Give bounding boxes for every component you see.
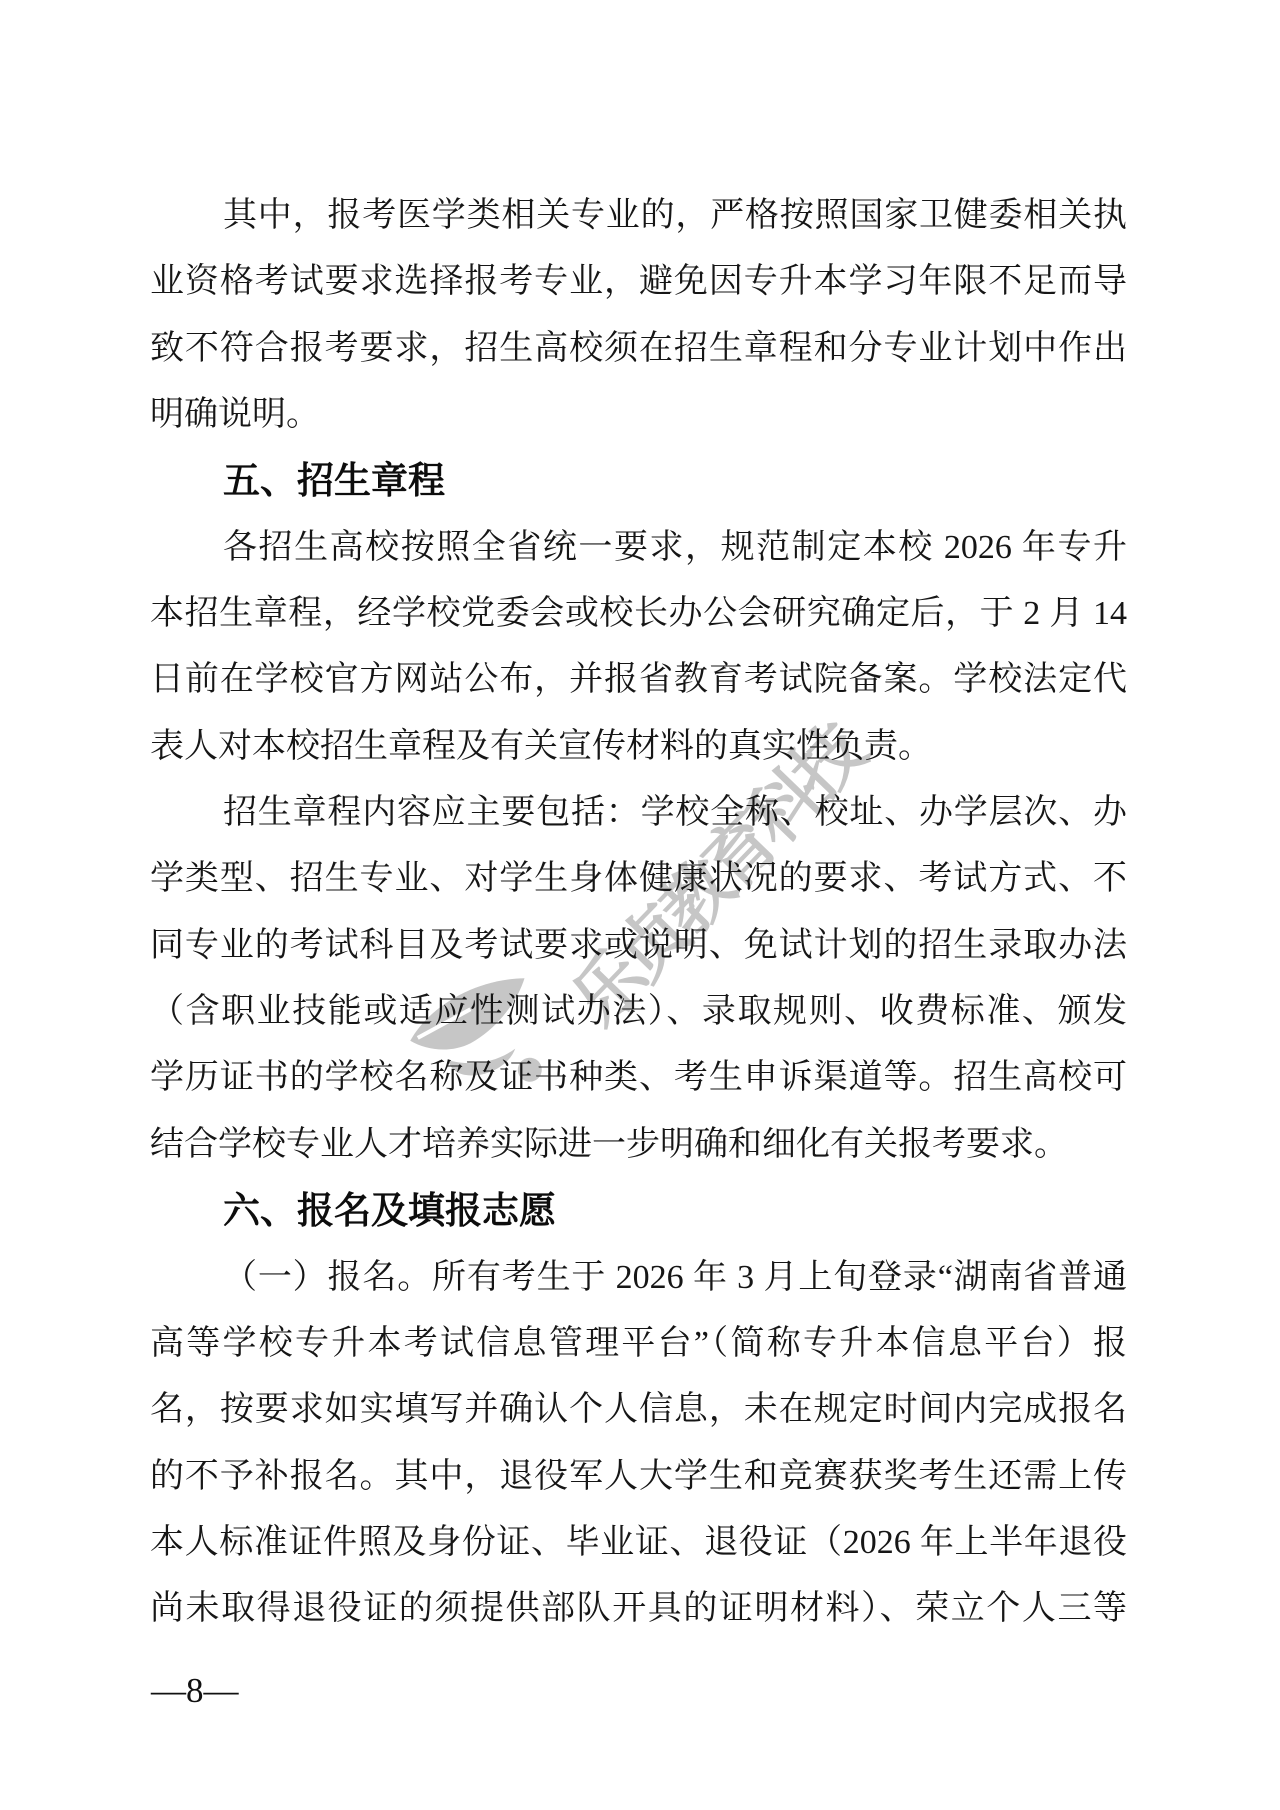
paragraph: （一）报名。所有考生于 2026 年 3 月上旬登录“湖南省普通高等学校专升本考… bbox=[150, 1245, 1127, 1643]
text-line: 日前在学校官方网站公布，并报省教育考试院备案。学校法定代 bbox=[150, 647, 1127, 713]
text-line: 本人标准证件照及身份证、毕业证、退役证（2026 年上半年退役 bbox=[150, 1510, 1127, 1576]
text-line: （含职业技能或适应性测试办法）、录取规则、收费标准、颁发 bbox=[150, 979, 1127, 1045]
text-line: 本招生章程，经学校党委会或校长办公会研究确定后，于 2 月 14 bbox=[150, 581, 1127, 647]
text-line: （一）报名。所有考生于 2026 年 3 月上旬登录“湖南省普通 bbox=[150, 1245, 1127, 1311]
paragraph: 招生章程内容应主要包括：学校全称、校址、办学层次、办学类型、招生专业、对学生身体… bbox=[150, 780, 1127, 1178]
paragraph: 其中，报考医学类相关专业的，严格按照国家卫健委相关执业资格考试要求选择报考专业，… bbox=[150, 183, 1127, 448]
text-line: 招生章程内容应主要包括：学校全称、校址、办学层次、办 bbox=[150, 780, 1127, 846]
text-line: 结合学校专业人才培养实际进一步明确和细化有关报考要求。 bbox=[150, 1112, 1127, 1178]
text-line: 的不予补报名。其中，退役军人大学生和竞赛获奖考生还需上传 bbox=[150, 1444, 1127, 1510]
text-line: 明确说明。 bbox=[150, 382, 1127, 448]
text-line: 学历证书的学校名称及证书种类、考生申诉渠道等。招生高校可 bbox=[150, 1045, 1127, 1111]
text-line: 业资格考试要求选择报考专业，避免因专升本学习年限不足而导 bbox=[150, 249, 1127, 315]
text-line: 学类型、招生专业、对学生身体健康状况的要求、考试方式、不 bbox=[150, 846, 1127, 912]
text-line: 致不符合报考要求，招生高校须在招生章程和分专业计划中作出 bbox=[150, 316, 1127, 382]
document-content: 其中，报考医学类相关专业的，严格按照国家卫健委相关执业资格考试要求选择报考专业，… bbox=[150, 183, 1127, 1643]
text-line: 各招生高校按照全省统一要求，规范制定本校 2026 年专升 bbox=[150, 515, 1127, 581]
text-line: 同专业的考试科目及考试要求或说明、免试计划的招生录取办法 bbox=[150, 913, 1127, 979]
page: { "watermark": { "text": "乐贞教育科技", "colo… bbox=[0, 0, 1280, 1810]
paragraph: 各招生高校按照全省统一要求，规范制定本校 2026 年专升本招生章程，经学校党委… bbox=[150, 515, 1127, 780]
text-line: 高等学校专升本考试信息管理平台”（简称专升本信息平台）报 bbox=[150, 1311, 1127, 1377]
text-line: 名，按要求如实填写并确认个人信息，未在规定时间内完成报名 bbox=[150, 1377, 1127, 1443]
text-line: 表人对本校招生章程及有关宣传材料的真实性负责。 bbox=[150, 714, 1127, 780]
section-heading: 六、报名及填报志愿 bbox=[150, 1178, 1127, 1244]
section-heading: 五、招生章程 bbox=[150, 448, 1127, 514]
page-number: —8— bbox=[151, 1667, 239, 1715]
text-line: 尚未取得退役证的须提供部队开具的证明材料）、荣立个人三等 bbox=[150, 1576, 1127, 1642]
text-line: 其中，报考医学类相关专业的，严格按照国家卫健委相关执 bbox=[150, 183, 1127, 249]
